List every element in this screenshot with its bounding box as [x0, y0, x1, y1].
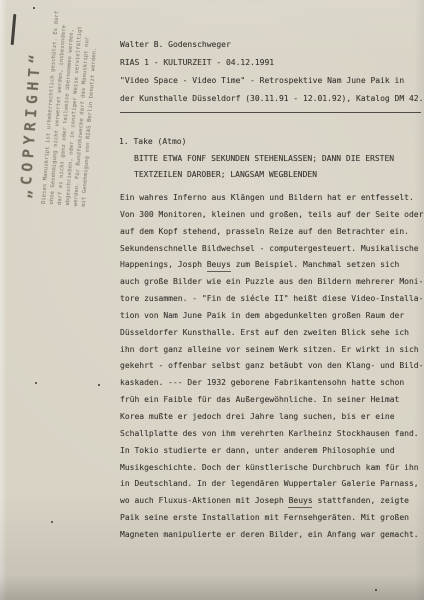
title-line-1: "Video Space - Video Time" - Retrospekti… [120, 72, 424, 90]
body-paragraph: Ein wahres Inferno aus Klängen und Bilde… [120, 190, 423, 544]
ink-speck [98, 384, 100, 386]
paragraph-line: früh ein Faible für das Außergewöhnliche… [120, 392, 423, 409]
paragraph-line: Musikgeschichte. Doch der künstlerische … [120, 460, 423, 477]
title-line-2: der Kunsthalle Düsseldorf (30.11.91 - 12… [120, 90, 424, 108]
paragraph-line: Happenings, Josph Beuys zum Beispiel. Ma… [120, 257, 423, 274]
paragraph-line: Sekundenschnelle Bildwechsel - computerg… [120, 241, 423, 258]
header-rule [120, 112, 421, 113]
paragraph-line: wo auch Fluxus-Aktionen mit Joseph Beuys… [120, 493, 423, 510]
paragraph-line: tore zusammen. - "Fin de siécle II" heiß… [120, 291, 423, 308]
take-directions: BITTE ETWA FONF SEKUNDEN STEHENLASSEN; D… [134, 151, 394, 184]
paragraph-line: Ein wahres Inferno aus Klängen und Bilde… [120, 190, 423, 207]
program-line: RIAS 1 - KULTURZEIT - 04.12.1991 [120, 54, 424, 72]
pen-mark [11, 14, 16, 45]
paragraph-line: in Deutschland. In der legendären Wupper… [120, 476, 423, 493]
paragraph-line: In Tokio studierte er dann, unter andere… [120, 443, 423, 460]
beuys-underline-2 [288, 507, 312, 508]
ink-speck [51, 521, 53, 523]
beuys-underline-1 [207, 271, 231, 272]
paragraph-line: tion von Nam June Paik in dem abgedunkel… [120, 308, 423, 325]
paragraph-line: Paik seine erste Installation mit Fernse… [120, 510, 423, 527]
direction-line: BITTE ETWA FONF SEKUNDEN STEHENLASSEN; D… [134, 151, 394, 167]
paragraph-line: Düsseldorfer Kunsthalle. Erst auf den zw… [120, 325, 423, 342]
ink-speck [35, 382, 37, 384]
paragraph-line: Korea mußte er jedoch drei Jahre lang su… [120, 409, 423, 426]
paragraph-line: Schallplatte des von ihm verehrten Karlh… [120, 426, 423, 443]
paragraph-line: ihn dort ganz alleine vor seinem Werk si… [120, 342, 423, 359]
ink-speck [375, 589, 377, 591]
take-heading: 1. Take (Atmo) [119, 136, 186, 148]
paragraph-line: auch große Bilder wie ein Puzzle aus den… [120, 274, 423, 291]
direction-line: TEXTZEILEN DAROBER; LANGSAM WEGBLENDEN [134, 167, 394, 183]
paragraph-line: kaskaden. --- Der 1932 geborene Fabrikan… [120, 375, 423, 392]
stamp-text-block: Dieses Manuskript ist urheberrechtlich g… [41, 16, 101, 207]
scanned-typescript-page: „COPYRIGHT“ Dieses Manuskript ist urhebe… [0, 0, 424, 600]
author-line: Walter B. Godenschweger [120, 36, 424, 54]
paragraph-line: auf dem Kopf stehend, prasseln Reize auf… [120, 224, 423, 241]
paragraph-line: Magneten manipulierte er deren Bilder, e… [120, 527, 423, 544]
ink-speck [33, 7, 35, 9]
copyright-stamp: „COPYRIGHT“ Dieses Manuskript ist urhebe… [16, 14, 101, 207]
document-header: Walter B. Godenschweger RIAS 1 - KULTURZ… [120, 36, 424, 108]
paragraph-line: gekehrt - offenbar selbst ganz betäubt v… [120, 358, 423, 375]
paragraph-line: Von 300 Monitoren, kleinen und großen, t… [120, 207, 423, 224]
